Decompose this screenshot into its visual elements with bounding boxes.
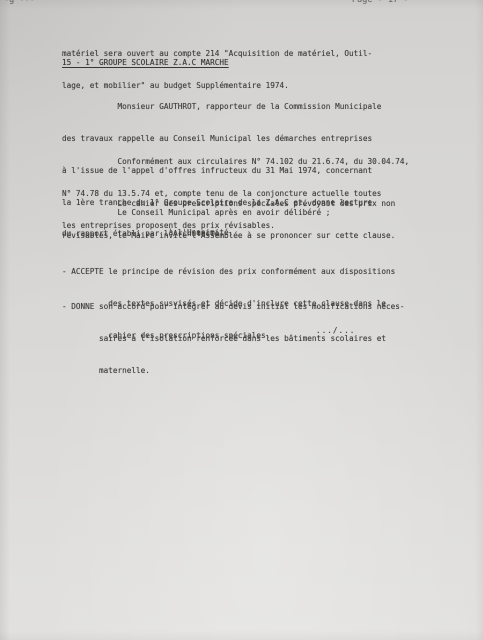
text-line: maternelle. bbox=[62, 366, 405, 377]
text-line: Monsieur GAUTHROT, rapporteur de la Comm… bbox=[62, 102, 381, 113]
page-number-fragment: Page - 17 - bbox=[352, 0, 408, 6]
line-unanimite: à l'Unanimité, bbox=[62, 228, 233, 239]
continuation-mark: .../... bbox=[316, 326, 355, 337]
text-line: Conformément aux circulaires N° 74.102 d… bbox=[62, 157, 409, 168]
scanned-document-page: -g --- Page - 17 - matériel sera ouvert … bbox=[0, 0, 483, 640]
line-conseil-deliberation: Le Conseil Municipal après en avoir déli… bbox=[62, 208, 330, 219]
header-fragment-left: -g --- bbox=[4, 0, 35, 6]
text-line: - DONNE son accord pour intégrer au devi… bbox=[62, 302, 405, 313]
decision-item-donne: - DONNE son accord pour intégrer au devi… bbox=[62, 281, 405, 398]
section-heading: 15 - 1° GROUPE SCOLAIRE Z.A.C MARCHE bbox=[62, 58, 229, 69]
text-line: - ACCEPTE le principe de révision des pr… bbox=[62, 267, 395, 278]
